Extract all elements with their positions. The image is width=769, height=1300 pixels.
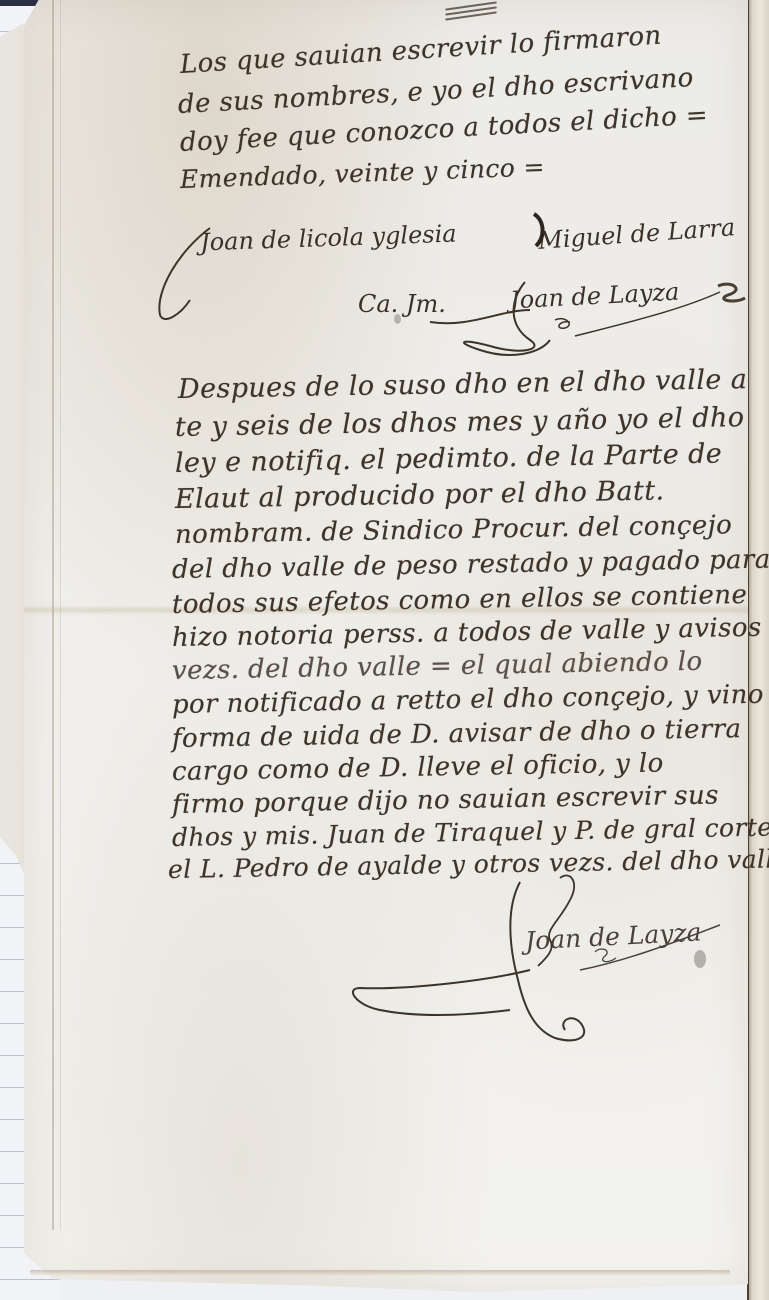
signature-bracket [530, 210, 550, 250]
signature-flourish [150, 220, 230, 330]
adjacent-leaf-edge [748, 0, 769, 1300]
vertical-fold-crease-secondary [60, 0, 61, 1230]
signature-rubric-bottom [350, 870, 769, 1060]
header-pen-marks [445, 2, 497, 22]
page-bottom-edge [30, 1270, 730, 1276]
signature-rubric-top [380, 270, 760, 360]
vertical-fold-crease [52, 0, 54, 1230]
